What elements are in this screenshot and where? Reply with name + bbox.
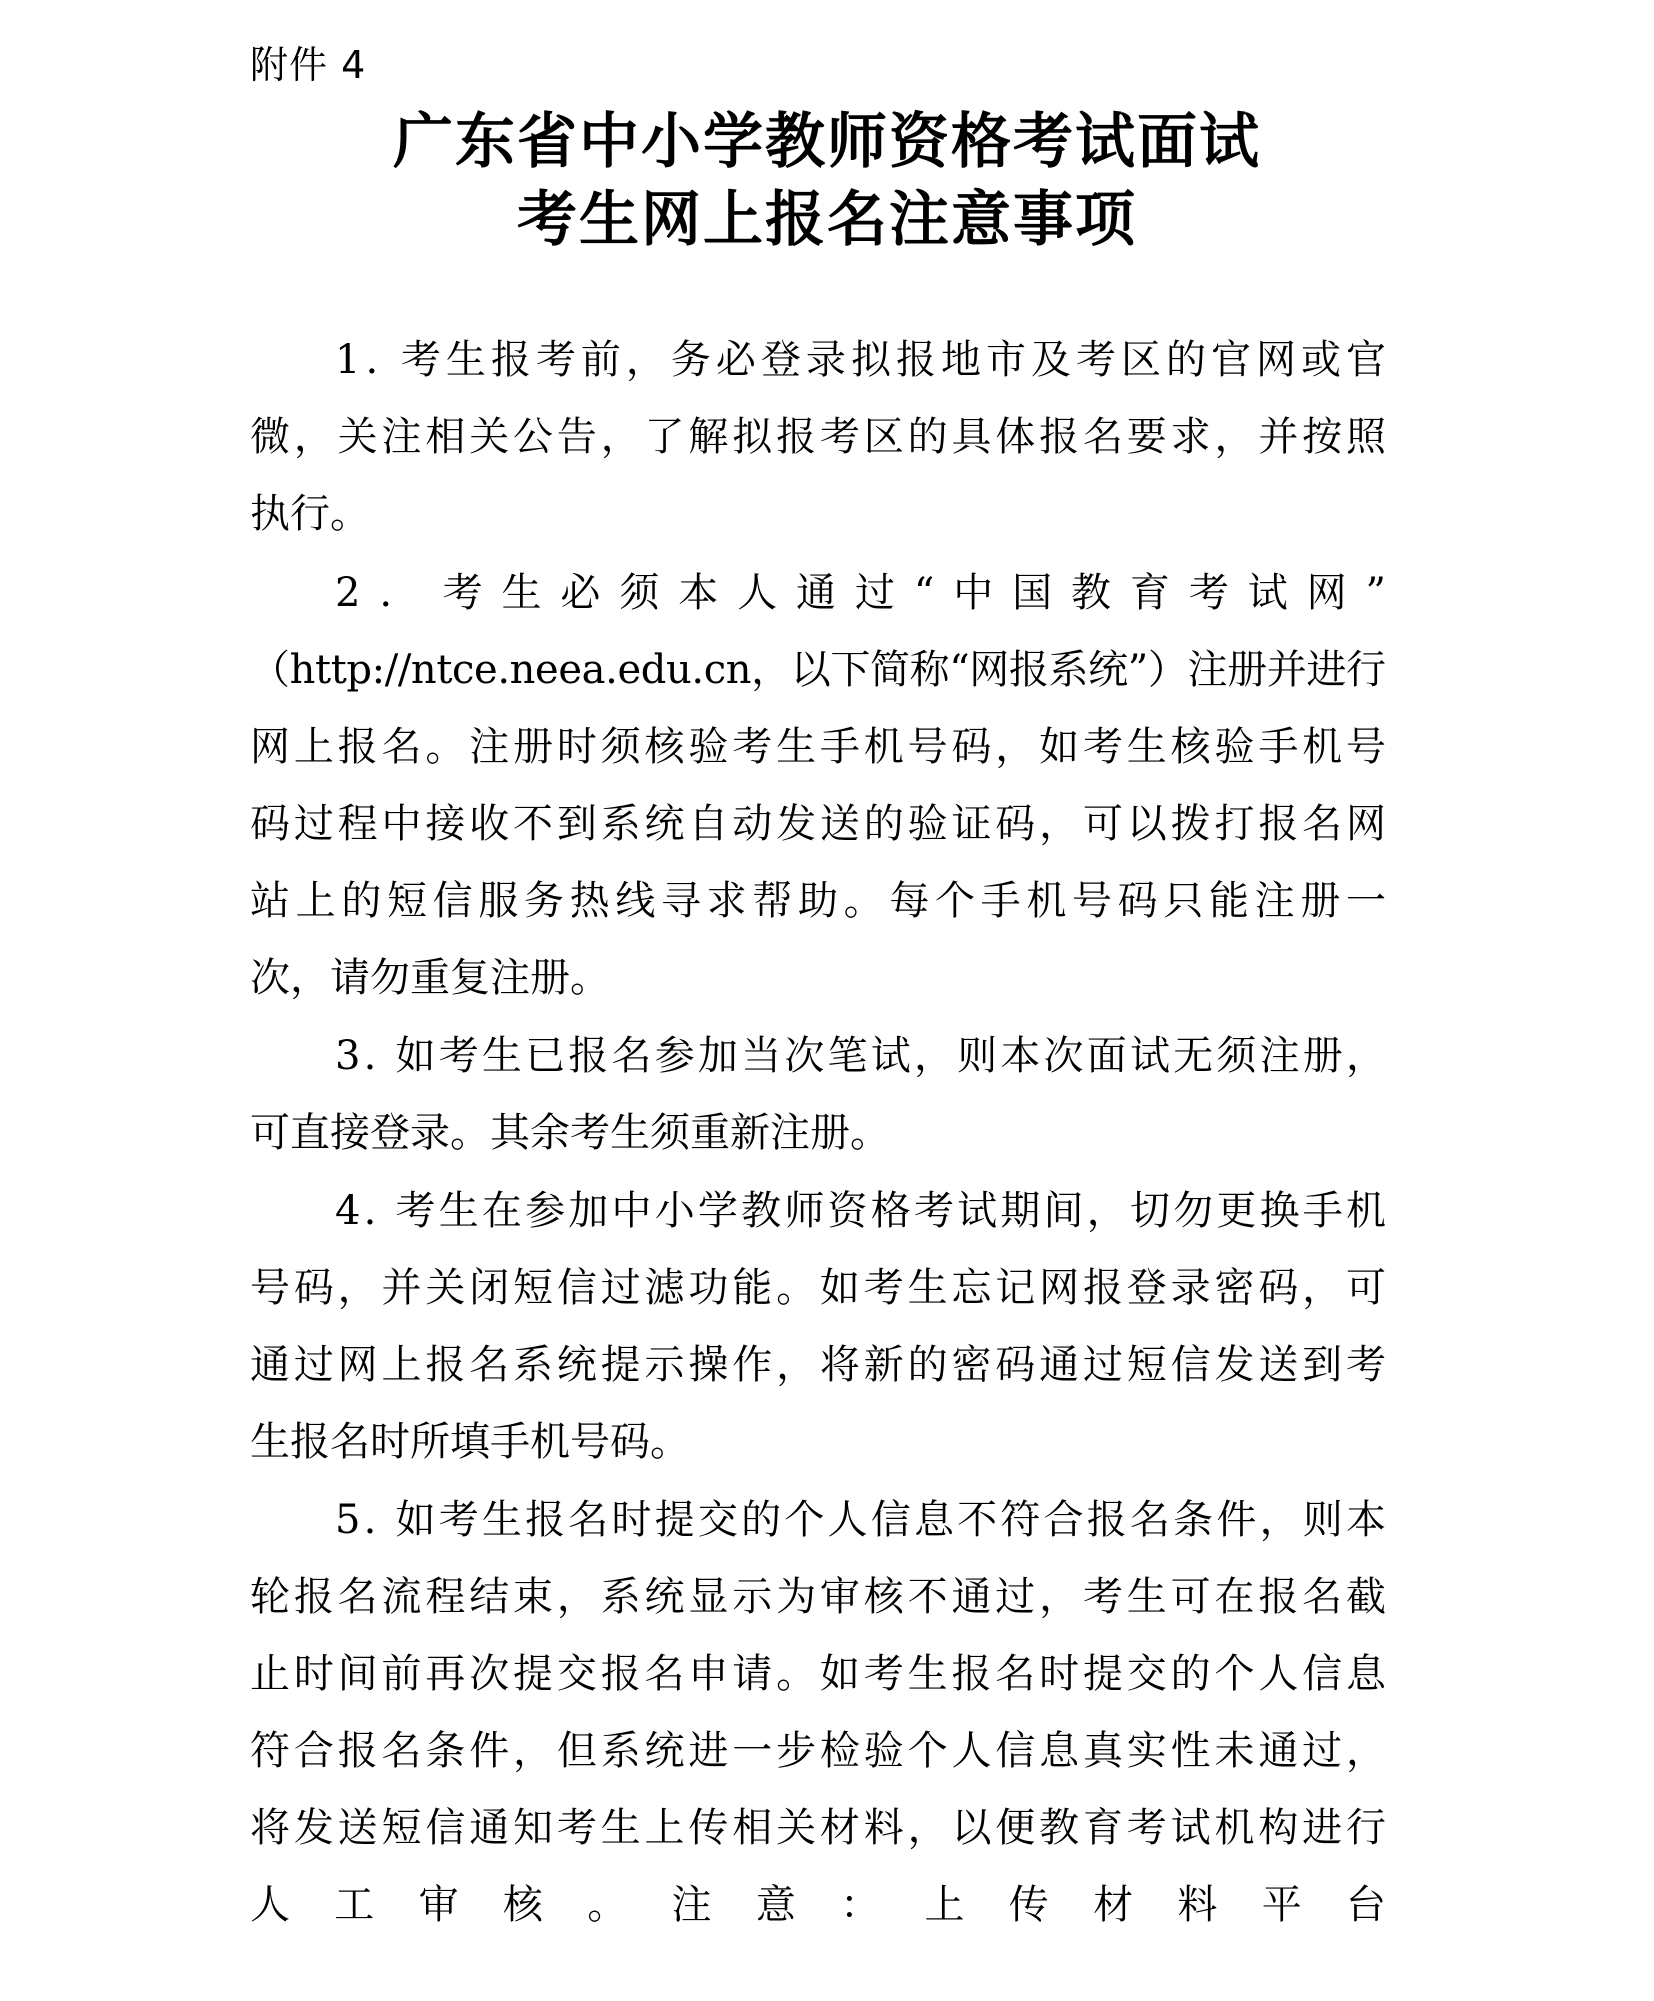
body-text: 轮报名流程结束，系统显示为审核不通过，考生可在报名截	[250, 1567, 1390, 1627]
body-text: 生报名时所填手机号码。	[250, 1412, 1386, 1472]
body-text-line: 站上的短信服务热线寻求帮助。每个手机号码只能注册一	[250, 871, 1386, 931]
body-text: 符合报名条件，但系统进一步检验个人信息真实性未通过，	[250, 1721, 1390, 1781]
body-text: 微，关注相关公告，了解拟报考区的具体报名要求，并按照	[250, 407, 1390, 467]
body-text: 通过网上报名系统提示操作，将新的密码通过短信发送到考	[250, 1335, 1390, 1395]
body-text-line: 将发送短信通知考生上传相关材料，以便教育考试机构进行	[250, 1798, 1386, 1858]
body-text: 执行。	[250, 484, 1386, 544]
body-text: 3. 如考生已报名参加当次笔试，则本次面试无须注册，	[335, 1026, 1389, 1086]
body-text-line: 2. 考生必须本人通过“中国教育考试网”	[335, 563, 1386, 623]
body-text-line: 止时间前再次提交报名申请。如考生报名时提交的个人信息	[250, 1644, 1386, 1704]
body-text: 码过程中接收不到系统自动发送的验证码，可以拨打报名网	[250, 794, 1390, 854]
body-text: 站上的短信服务热线寻求帮助。每个手机号码只能注册一	[250, 871, 1392, 931]
document-title-line-1: 广东省中小学教师资格考试面试	[0, 94, 1654, 180]
body-text: 人工审核。注意：上传材料平台	[250, 1875, 1430, 1935]
body-text-line: （http://ntce.neea.edu.cn，以下简称“网报系统”）注册并进…	[250, 640, 1386, 700]
body-text: 5. 如考生报名时提交的个人信息不符合报名条件，则本	[335, 1490, 1389, 1550]
body-text-line: 3. 如考生已报名参加当次笔试，则本次面试无须注册，	[335, 1026, 1386, 1086]
body-text: 可直接登录。其余考生须重新注册。	[250, 1103, 1386, 1163]
body-text-line: 网上报名。注册时须核验考生手机号码，如考生核验手机号	[250, 717, 1386, 777]
body-text: 2. 考生必须本人通过“中国教育考试网”	[335, 563, 1405, 623]
body-text: （http://ntce.neea.edu.cn，以下简称“网报系统”）注册并进…	[250, 640, 1386, 700]
attachment-label: 附件 4	[250, 34, 366, 89]
body-text-line: 1. 考生报考前，务必登录拟报地市及考区的官网或官	[335, 330, 1386, 390]
body-text-line: 通过网上报名系统提示操作，将新的密码通过短信发送到考	[250, 1335, 1386, 1395]
body-text-line: 次，请勿重复注册。	[250, 948, 1386, 1008]
body-text: 将发送短信通知考生上传相关材料，以便教育考试机构进行	[250, 1798, 1390, 1858]
body-text-line: 符合报名条件，但系统进一步检验个人信息真实性未通过，	[250, 1721, 1386, 1781]
body-text-line: 微，关注相关公告，了解拟报考区的具体报名要求，并按照	[250, 407, 1386, 467]
document-title-line-2: 考生网上报名注意事项	[0, 172, 1654, 258]
body-text-line: 号码，并关闭短信过滤功能。如考生忘记网报登录密码，可	[250, 1258, 1386, 1318]
body-text-line: 码过程中接收不到系统自动发送的验证码，可以拨打报名网	[250, 794, 1386, 854]
body-text: 网上报名。注册时须核验考生手机号码，如考生核验手机号	[250, 717, 1390, 777]
body-text: 止时间前再次提交报名申请。如考生报名时提交的个人信息	[250, 1644, 1390, 1704]
body-text-line: 5. 如考生报名时提交的个人信息不符合报名条件，则本	[335, 1490, 1386, 1550]
body-text-line: 可直接登录。其余考生须重新注册。	[250, 1103, 1386, 1163]
body-text-line: 轮报名流程结束，系统显示为审核不通过，考生可在报名截	[250, 1567, 1386, 1627]
body-text: 号码，并关闭短信过滤功能。如考生忘记网报登录密码，可	[250, 1258, 1390, 1318]
body-text-line: 生报名时所填手机号码。	[250, 1412, 1386, 1472]
body-text: 1. 考生报考前，务必登录拟报地市及考区的官网或官	[335, 330, 1391, 390]
body-text: 4. 考生在参加中小学教师资格考试期间，切勿更换手机	[335, 1181, 1389, 1241]
body-text-line: 人工审核。注意：上传材料平台	[250, 1875, 1386, 1935]
body-text: 次，请勿重复注册。	[250, 948, 1386, 1008]
body-text-line: 4. 考生在参加中小学教师资格考试期间，切勿更换手机	[335, 1181, 1386, 1241]
body-text-line: 执行。	[250, 484, 1386, 544]
